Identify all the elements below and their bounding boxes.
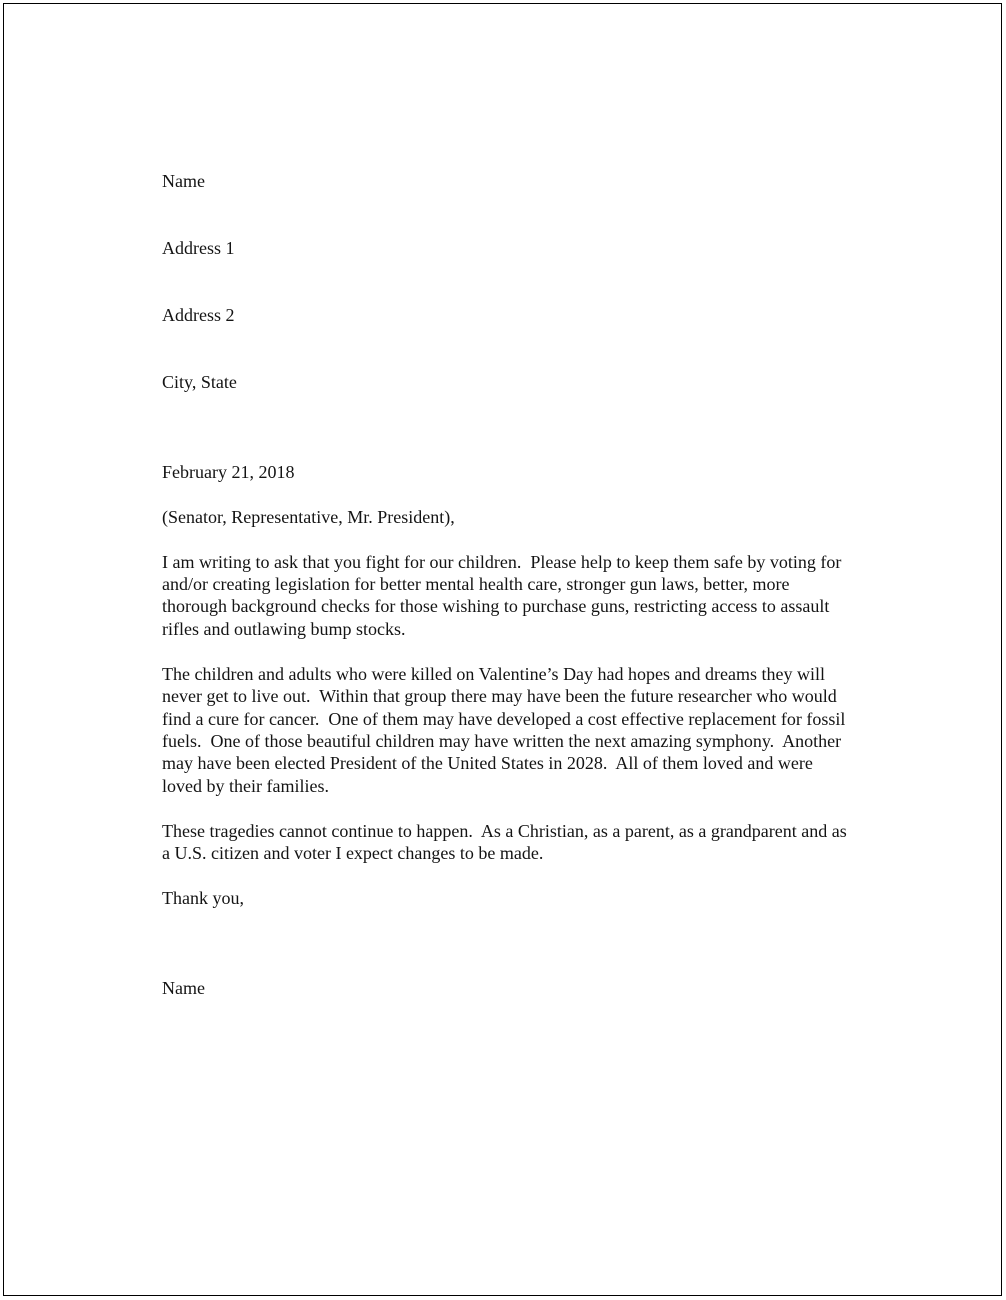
sender-city-state: City, State — [162, 371, 852, 393]
body-paragraph-1: I am writing to ask that you fight for o… — [162, 551, 852, 641]
sender-address-block: Name Address 1 Address 2 City, State — [162, 125, 852, 439]
signature-name: Name — [162, 977, 852, 999]
letter-date: February 21, 2018 — [162, 461, 852, 483]
sender-name: Name — [162, 170, 852, 192]
letter-page: Name Address 1 Address 2 City, State Feb… — [3, 3, 1002, 1296]
letter-content: Name Address 1 Address 2 City, State Feb… — [162, 125, 852, 999]
salutation: (Senator, Representative, Mr. President)… — [162, 506, 852, 528]
sender-address-line-1: Address 1 — [162, 237, 852, 259]
body-paragraph-3: These tragedies cannot continue to happe… — [162, 820, 852, 865]
body-paragraph-2: The children and adults who were killed … — [162, 663, 852, 797]
closing-line: Thank you, — [162, 887, 852, 909]
sender-address-line-2: Address 2 — [162, 304, 852, 326]
